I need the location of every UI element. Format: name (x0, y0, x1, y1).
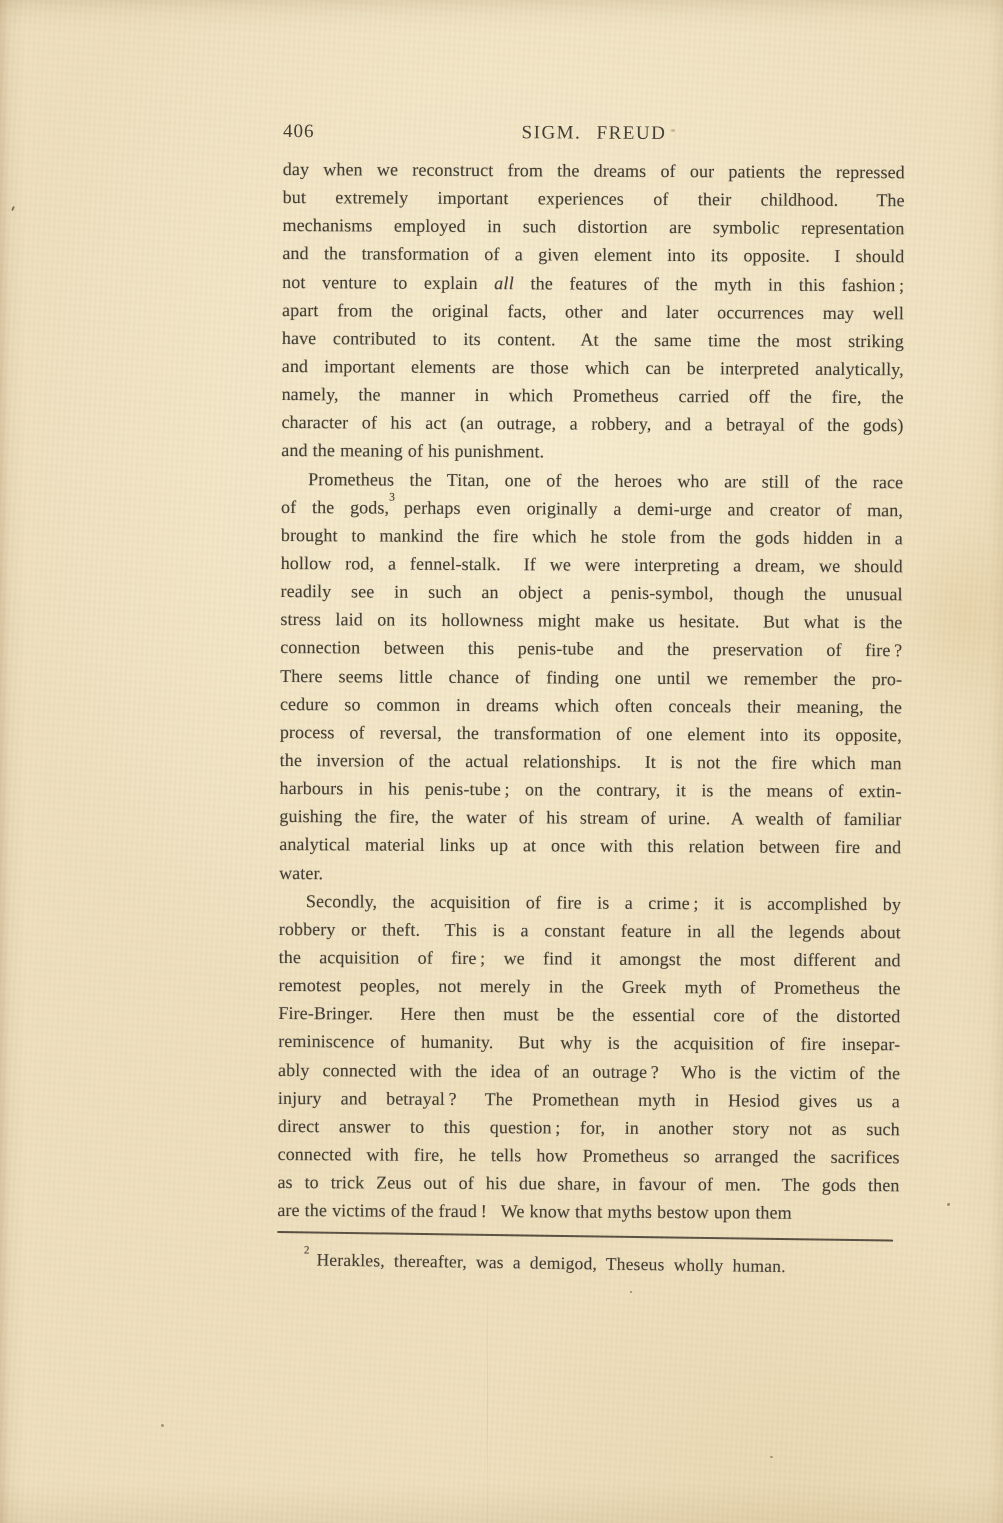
text-line: remotest peoples, not merely in the Gree… (278, 971, 900, 1002)
page-header: 406 SIGM. FREUD (283, 121, 905, 150)
text-line: robbery or theft. This is a constant fea… (279, 915, 901, 946)
text-line: are the victims of the fraud ! We know t… (277, 1196, 899, 1227)
text-line: Secondly, the acquisition of fire is a c… (279, 887, 901, 918)
text-line: connected with fire, he tells how Promet… (278, 1140, 900, 1171)
text-line: character of his act (an outrage, a robb… (281, 408, 903, 439)
text-line: connection between this penis-tube and t… (280, 633, 902, 664)
text-line: Fire-Bringer. Here then must be the esse… (278, 999, 900, 1030)
paper-speck (161, 1424, 164, 1427)
text-line: There seems little chance of finding one… (280, 662, 902, 693)
paper-stain (905, 520, 1003, 710)
paper-speck (11, 206, 15, 211)
text-line: direct answer to this question ; for, in… (278, 1112, 900, 1143)
text-line: analytical material links up at once wit… (279, 830, 901, 861)
page-number: 406 (283, 121, 315, 143)
text-line: cedure so common in dreams which often c… (280, 690, 902, 721)
text-line: as to trick Zeus out of his due share, i… (277, 1168, 899, 1199)
text-line: stress laid on its hollowness might make… (280, 605, 902, 636)
text-line: and important elements are those which c… (282, 352, 904, 383)
text-line: guishing the fire, the water of his stre… (279, 802, 901, 833)
text-line: and the transformation of a given elemen… (282, 239, 904, 270)
book-page: 406 SIGM. FREUD day when we reconstruct … (0, 0, 1003, 1523)
text-line: not venture to explain all the features … (282, 268, 904, 299)
text-line: of the gods,3 perhaps even originally a … (281, 493, 903, 524)
footnote-text: Herakles, thereafter, was a demigod, The… (316, 1250, 785, 1277)
text-line: day when we reconstruct from the dreams … (283, 155, 905, 186)
text-line: brought to mankind the fire which he sto… (281, 521, 903, 552)
footnote-marker: 2 (304, 1245, 310, 1257)
paragraph: Secondly, the acquisition of fire is a c… (277, 887, 901, 1228)
text-line: harbours in his penis-tube ; on the cont… (279, 774, 901, 805)
text-line: hollow rod, a fennel-stalk. If we were i… (281, 549, 903, 580)
paragraph: day when we reconstruct from the dreams … (281, 155, 905, 468)
body-text: day when we reconstruct from the dreams … (277, 155, 905, 1228)
text-line: reminiscence of humanity. But why is the… (278, 1027, 900, 1058)
text-line: readily see in such an object a penis-sy… (281, 577, 903, 608)
footnote-block: 2Herakles, thereafter, was a demigod, Th… (277, 1231, 899, 1280)
text-line: have contributed to its content. At the … (282, 324, 904, 355)
page-content: 406 SIGM. FREUD day when we reconstruct … (276, 0, 906, 1523)
text-line: mechanisms employed in such distortion a… (282, 211, 904, 242)
text-line: the acquisition of fire ; we find it amo… (279, 943, 901, 974)
text-line: namely, the manner in which Prometheus c… (282, 380, 904, 411)
text-line: the inversion of the actual relationship… (280, 746, 902, 777)
text-line: but extremely important experiences of t… (283, 183, 905, 214)
text-line: apart from the original facts, other and… (282, 296, 904, 327)
text-line: ably connected with the idea of an outra… (278, 1055, 900, 1086)
text-line: water. (279, 859, 901, 890)
text-line: process of reversal, the transformation … (280, 718, 902, 749)
paragraph: Prometheus the Titan, one of the heroes … (279, 465, 903, 890)
running-head: SIGM. FREUD (283, 121, 905, 146)
footnote-rule (277, 1231, 893, 1242)
text-line: and the meaning of his punishment. (281, 436, 903, 467)
text-line: injury and betrayal ? The Promethean myt… (278, 1084, 900, 1115)
text-line: Prometheus the Titan, one of the heroes … (281, 465, 903, 496)
paper-speck (947, 1203, 950, 1206)
footnote: 2Herakles, thereafter, was a demigod, Th… (277, 1247, 899, 1280)
